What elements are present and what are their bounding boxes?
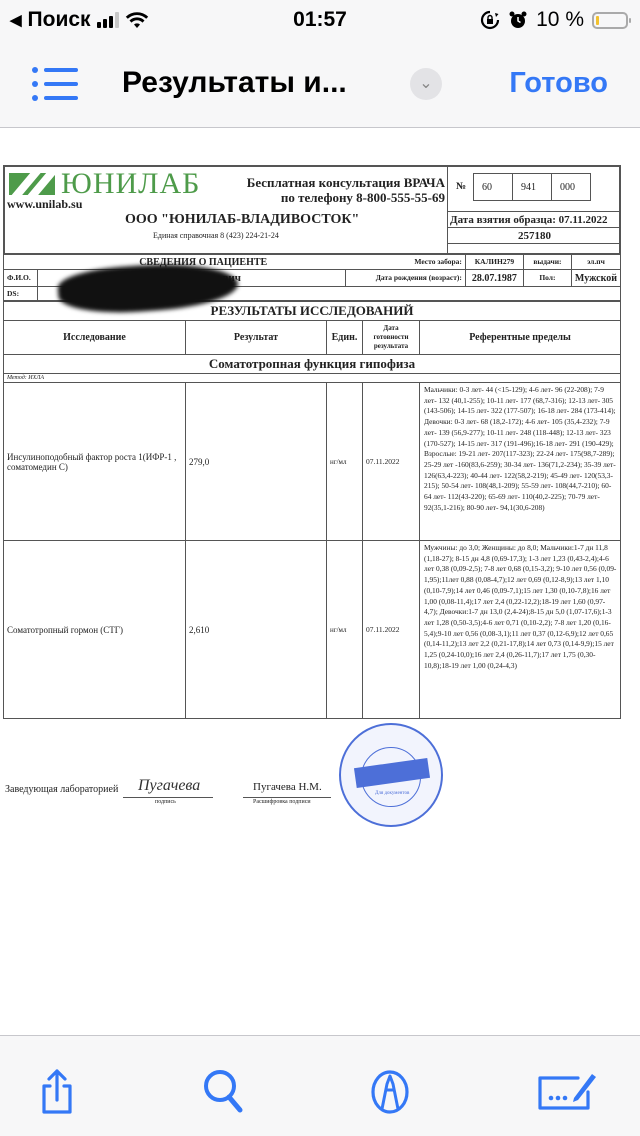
- method: Метод: ИХЛА: [4, 374, 621, 383]
- reference-range: Мальчики: 0-3 лет- 44 (<15-129); 4-6 лет…: [420, 383, 621, 541]
- sample-id: 257180: [448, 227, 621, 244]
- sample-date: Дата взятия образца: 07.11.2022: [448, 211, 621, 226]
- share-icon: [32, 1066, 82, 1116]
- document-page: ЮНИЛАБ www.unilab.su Бесплатная консульт…: [3, 165, 621, 879]
- battery-icon: [592, 12, 628, 29]
- reference-phone: Единая справочная 8 (423) 224-21-24: [153, 231, 279, 240]
- signature-icon: [536, 1066, 602, 1116]
- sex: Мужской: [571, 270, 620, 287]
- test-unit: нг/мл: [327, 541, 363, 719]
- pdf-viewer[interactable]: ЮНИЛАБ www.unilab.su Бесплатная консульт…: [0, 129, 640, 1035]
- reference-range: Мужчины: до 3,0; Женщины: до 8,0; Мальчи…: [420, 541, 621, 719]
- share-button[interactable]: [32, 1066, 82, 1116]
- markup-pen-icon: [365, 1066, 415, 1116]
- table-row: Соматотропный гормон (СТГ) 2,610 нг/мл 0…: [4, 541, 621, 719]
- group-title: Соматотропная функция гипофиза: [4, 355, 621, 374]
- consultation-info: Бесплатная консультация ВРАЧА по телефон…: [231, 175, 445, 205]
- signature-button[interactable]: [536, 1066, 602, 1116]
- signer-name: Пугачева Н.М.: [253, 781, 322, 793]
- sample-info: № 60 941 000 Дата взятия образца: 07.11.…: [447, 167, 621, 254]
- orientation-lock-icon: [480, 10, 500, 30]
- signer-role: Заведующая лабораторией: [5, 784, 118, 795]
- handwritten-signature: Пугачева: [138, 777, 200, 795]
- unilab-logo: ЮНИЛАБ: [9, 171, 200, 197]
- test-date: 07.11.2022: [363, 383, 420, 541]
- table-row: Инсулиноподобный фактор роста 1(ИФР-1 , …: [4, 383, 621, 541]
- company-stamp: Для документов: [339, 723, 443, 827]
- test-unit: нг/мл: [327, 383, 363, 541]
- test-name: Соматотропный гормон (СТГ): [4, 541, 186, 719]
- done-button[interactable]: Готово: [509, 67, 608, 100]
- results-table: РЕЗУЛЬТАТЫ ИССЛЕДОВАНИЙ Исследование Рез…: [3, 301, 621, 719]
- alarm-icon: [508, 10, 528, 30]
- search-button[interactable]: [198, 1066, 248, 1116]
- sample-number: 60 941 000: [474, 173, 591, 201]
- chevron-down-icon[interactable]: ⌄: [410, 68, 442, 100]
- status-bar: ◀ Поиск 01:57 10 %: [0, 0, 640, 42]
- markup-button[interactable]: [365, 1066, 415, 1116]
- test-result: 279,0: [186, 383, 327, 541]
- navigation-bar: Результаты и... ⌄ Готово: [0, 42, 640, 128]
- document-title[interactable]: Результаты и...: [122, 66, 347, 100]
- website: www.unilab.su: [7, 197, 82, 212]
- search-icon: [198, 1066, 248, 1116]
- date-of-birth: 28.07.1987: [465, 270, 523, 287]
- issue-method: эл.пч: [571, 255, 620, 270]
- signature-block: Заведующая лабораторией Пугачева подпись…: [3, 719, 621, 879]
- bottom-toolbar: [0, 1035, 640, 1136]
- collection-place: КАЛИН279: [465, 255, 523, 270]
- organization-name: ООО "ЮНИЛАБ-ВЛАДИВОСТОК": [125, 212, 359, 228]
- test-date: 07.11.2022: [363, 541, 420, 719]
- test-result: 2,610: [186, 541, 327, 719]
- battery-percent: 10 %: [536, 8, 584, 32]
- logo-leaf-icon: [9, 173, 55, 195]
- column-headers: Исследование Результат Един. Дата готовн…: [4, 321, 621, 355]
- lab-header: ЮНИЛАБ www.unilab.su Бесплатная консульт…: [3, 165, 621, 254]
- list-icon[interactable]: [32, 66, 82, 106]
- test-name: Инсулиноподобный фактор роста 1(ИФР-1 , …: [4, 383, 186, 541]
